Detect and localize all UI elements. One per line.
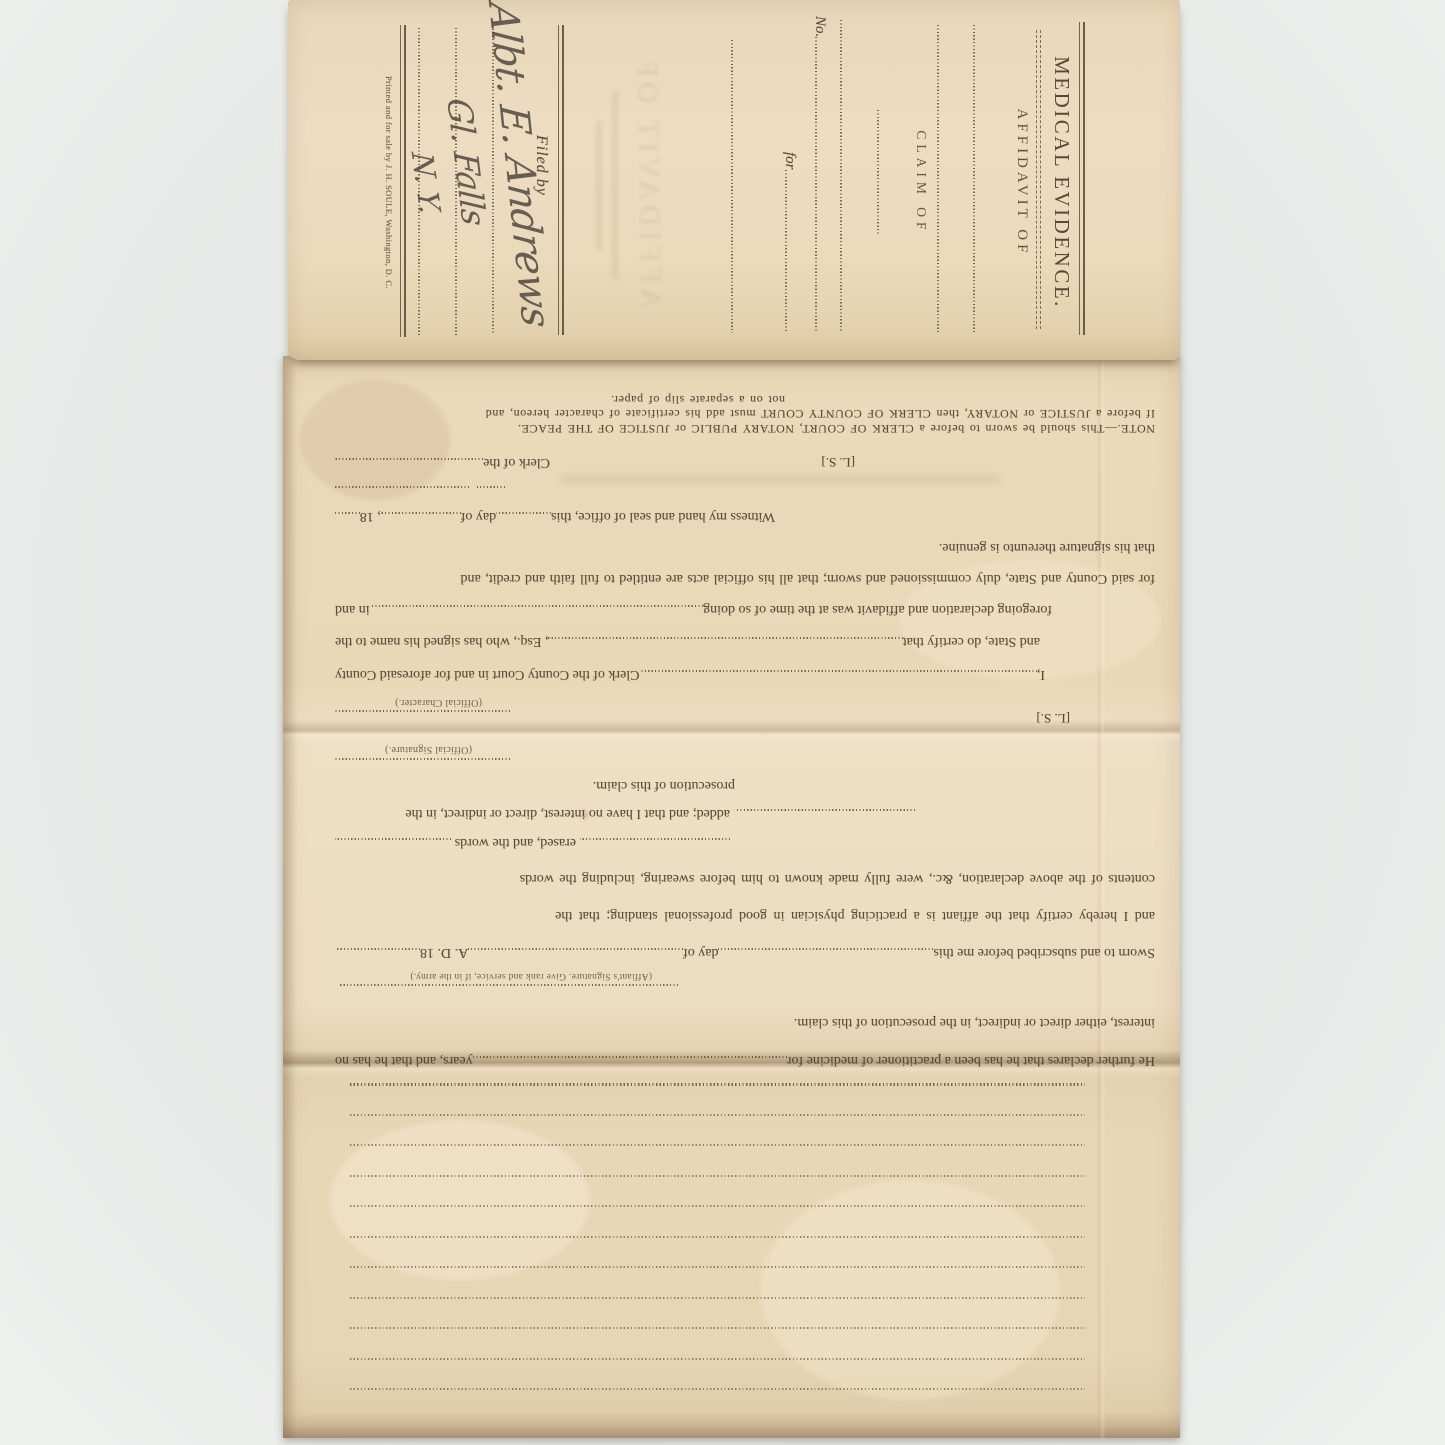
note-line-3: not on a separate slip of paper. (611, 392, 786, 407)
erased-label: erased, and the words (455, 834, 576, 850)
certify-text: and I hereby certify that the affiant is… (555, 907, 1155, 923)
dotted-blank (335, 512, 360, 514)
writing-line (350, 1327, 1085, 1329)
handwritten-state: N. Y. (404, 152, 447, 214)
seal-mark: [L. S.] (1036, 710, 1070, 726)
writing-line (350, 1297, 1085, 1299)
added-text: added; and that I have no interest, dire… (405, 805, 730, 821)
dotted-blank (639, 670, 1036, 672)
show-through-ghost-line (596, 120, 602, 250)
double-rule (400, 25, 406, 337)
dotted-line (785, 170, 787, 333)
dotted-blank (381, 512, 461, 514)
dotted-line (973, 25, 975, 333)
printer-imprint: Printed and for sale by J. H. SOULE, Was… (384, 0, 394, 365)
show-through-ghost-text: AFFIDAVIT OF (629, 0, 668, 365)
year-prefix: , 18 (360, 508, 381, 524)
handwritten-place: Gl. Falls (439, 97, 494, 225)
writing-line (350, 1083, 1085, 1086)
writing-line (350, 1358, 1085, 1360)
commissioned-text: for said County and State, duly commissi… (460, 570, 1155, 586)
dotted-blank (473, 1056, 787, 1058)
certificate-line: I, Clerk of the County Court in and for … (335, 666, 1045, 682)
declares-line: He further declares that he has been a p… (335, 1052, 1155, 1068)
added-line: added; and that I have no interest, dire… (335, 805, 915, 821)
dotted-blank (735, 809, 915, 811)
foregoing-tail: in and (335, 601, 370, 617)
note-text: If before a JUSTICE or NOTARY, then CLER… (485, 406, 1155, 421)
note-text: NOTE.—This should be sworn to before a C… (517, 421, 1155, 436)
show-through-ghost-line (612, 90, 618, 280)
dotted-blank (496, 512, 551, 514)
interest-text: interest, either direct or indirect, in … (794, 1014, 1155, 1030)
dashed-rule (1036, 30, 1041, 329)
certificate-line: and State, do certify that , Esq., who h… (335, 633, 1040, 649)
i-label: I, (1037, 666, 1045, 682)
interest-line: interest, either direct or indirect, in … (794, 1014, 1155, 1030)
dotted-blank (580, 838, 730, 840)
clerk-certificate-panel: [L. S.] (Official Character.) I, Clerk o… (290, 368, 1170, 728)
dotted-line (815, 37, 817, 333)
dotted-line (877, 110, 879, 235)
dotted-blank (719, 948, 934, 950)
certificate-line: for said County and State, duly commissi… (335, 570, 1155, 586)
foregoing-lead: foregoing declaration and affidavit was … (703, 601, 1052, 617)
docket-no-row: No. (811, 16, 828, 333)
photo-of-document: MEDICAL EVIDENCE. AFFIDAVIT OF CLAIM OF … (0, 0, 1445, 1445)
writing-line (350, 1114, 1085, 1116)
day-of-label: day of (683, 944, 718, 960)
docket-subtitle: AFFIDAVIT OF (1013, 0, 1030, 365)
dotted-blank (548, 637, 902, 639)
double-rule (558, 25, 564, 335)
dotted-blank (335, 458, 483, 460)
writing-line (350, 1144, 1085, 1146)
sworn-line: Sworn to and subscribed before me this d… (335, 944, 1155, 960)
signature-dotted-line (335, 710, 510, 712)
witness-lead: Witness my hand and seal of office, this (551, 508, 775, 524)
clerk-signature-line (477, 486, 505, 488)
docket-panel: MEDICAL EVIDENCE. AFFIDAVIT OF CLAIM OF … (290, 0, 1180, 365)
year-prefix: A. D. 18 (420, 944, 468, 960)
clerk-court-text: Clerk of the County Court in and for afo… (335, 666, 639, 682)
certify-text: contents of the above declaration, &c., … (520, 870, 1155, 886)
prosecution-line: prosecution of this claim. (593, 777, 735, 793)
certify-lead: and State, do certify that (903, 633, 1040, 649)
affiant-signature-line (338, 984, 678, 986)
certify-line-1: and I hereby certify that the affiant is… (335, 907, 1155, 923)
notary-jurat-panel: He further declares that he has been a p… (290, 728, 1170, 1078)
no-label: No. (811, 16, 828, 37)
note-line-2: If before a JUSTICE or NOTARY, then CLER… (335, 406, 1155, 421)
seal-mark: [L. S.] (821, 454, 855, 470)
dotted-line (840, 20, 842, 333)
witness-line: Witness my hand and seal of office, this… (335, 508, 775, 524)
certificate-line: that his signature thereunto is genuine. (335, 539, 1155, 555)
dotted-blank (468, 948, 683, 950)
note-line-1: NOTE.—This should be sworn to before a C… (335, 421, 1155, 436)
official-signature-line (335, 758, 510, 760)
certify-tail: , Esq., who has signed his name to the (335, 633, 548, 649)
claim-of-label: CLAIM OF (913, 0, 929, 365)
docket-title: MEDICAL EVIDENCE. (1049, 0, 1074, 365)
erased-line: erased, and the words (335, 834, 730, 850)
dotted-blank (370, 605, 704, 607)
official-character-caption: (Official Character.) (395, 697, 482, 708)
writing-line (350, 1205, 1085, 1207)
dotted-blank (335, 838, 451, 840)
for-label: for (781, 152, 798, 170)
dotted-line (937, 25, 939, 333)
day-of-label: day of (461, 508, 496, 524)
sworn-lead: Sworn to and subscribed before me this (933, 944, 1155, 960)
affiant-signature-caption: (Affiant's Signature. Give rank and serv… (410, 971, 652, 981)
writing-line (350, 1266, 1085, 1268)
writing-line (350, 1388, 1085, 1390)
dotted-blank (335, 948, 420, 950)
writing-line (350, 1236, 1085, 1238)
double-rule (1079, 22, 1085, 335)
note-text: not on a separate slip of paper. (611, 392, 786, 407)
clerk-signature-line (335, 486, 469, 488)
genuine-text: that his signature thereunto is genuine. (939, 539, 1155, 555)
official-signature-caption: (Official Signature.) (385, 744, 472, 755)
certificate-line: foregoing declaration and affidavit was … (335, 601, 1052, 617)
declares-tail: years, and that he has no (335, 1052, 473, 1068)
clerk-of-the-row: Clerk of the (335, 454, 550, 470)
dotted-line (731, 40, 733, 333)
docket-for-row: for (781, 152, 798, 333)
prosecution-text: prosecution of this claim. (593, 777, 735, 793)
paper-stain (760, 1180, 1060, 1400)
certify-line-2: contents of the above declaration, &c., … (335, 870, 1155, 886)
writing-line (350, 1175, 1085, 1177)
declares-lead: He further declares that he has been a p… (787, 1052, 1155, 1068)
clerk-of-the-label: Clerk of the (483, 454, 550, 470)
